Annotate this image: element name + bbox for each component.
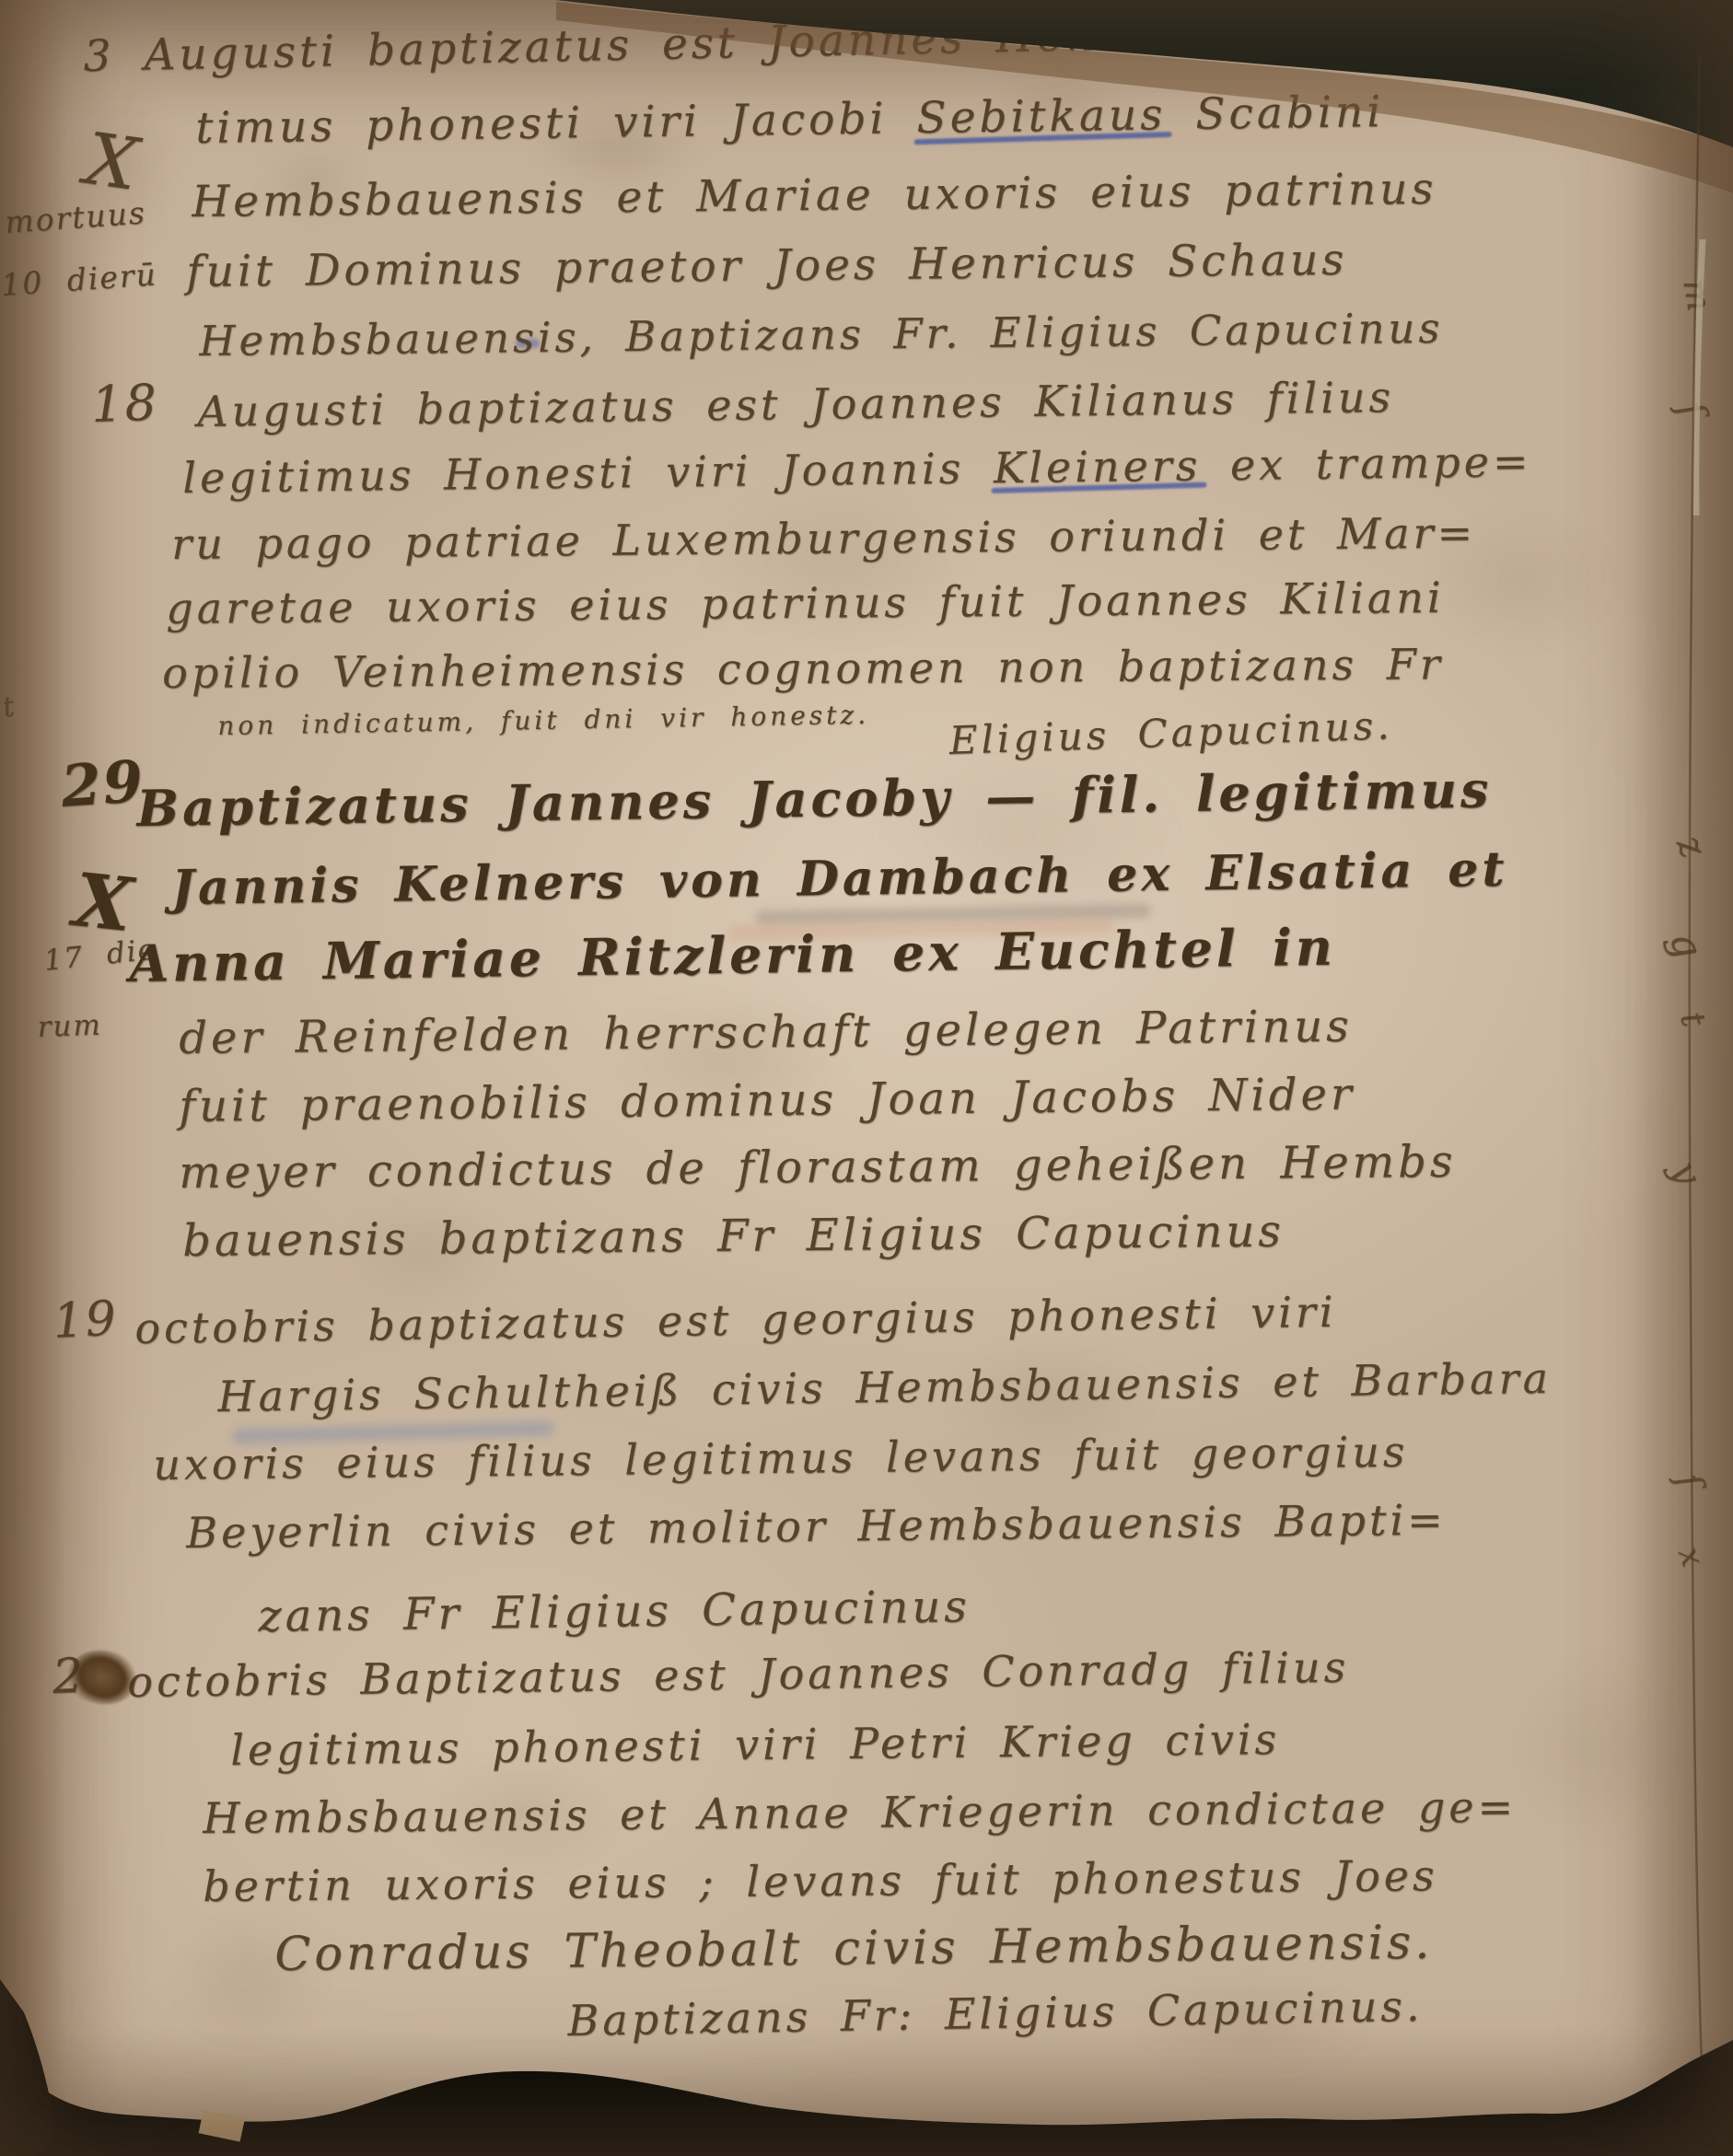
manuscript-line: non indicatum, fuit dni vir honestz. — [217, 700, 869, 741]
manuscript-line: bauensis baptizans Fr Eligius Capucinus — [182, 1206, 1285, 1267]
margin-note: 29 — [59, 748, 146, 820]
manuscript-line: Jannis Kelners von Dambach ex Elsatia et — [171, 841, 1508, 916]
manuscript-line: octobris baptizatus est georgius phonest… — [134, 1287, 1337, 1353]
manuscript-line: legitimus Honesti viri Joannis Kleiners … — [182, 436, 1532, 503]
manuscript-line: der Reinfelden herrschaft gelegen Patrin… — [179, 1001, 1353, 1064]
manuscript-line: legitimus phonesti viri Petri Krieg civi… — [230, 1714, 1280, 1775]
manuscript-line: Hembsbauensis et Mariae uxoris eius patr… — [192, 164, 1437, 227]
margin-note: 18 — [90, 373, 159, 433]
margin-note: rum — [37, 1009, 102, 1044]
ink-fragment: g — [1661, 925, 1712, 964]
manuscript-line: bertin uxoris eius ; levans fuit phonest… — [203, 1850, 1438, 1911]
margin-note: X — [80, 118, 144, 207]
manuscript-line: timus phonesti viri Jacobi Sebitkaus Sca… — [195, 87, 1385, 154]
ink-fragment: t — [0, 690, 17, 724]
manuscript-line: uxoris eius filius legitimus levans fuit… — [153, 1427, 1409, 1489]
handwriting-layer: 3 Augusti baptizatus est Joannes Henricu… — [0, 0, 1733, 2156]
line-text: timus phonesti viri Jacobi — [195, 93, 917, 154]
ink-fragment: ſt — [1668, 97, 1714, 133]
ink-fragment: m — [1676, 276, 1718, 314]
manuscript-line: 3 Augusti baptizatus est Joannes Henricu… — [83, 2, 1470, 82]
margin-note: 19 — [52, 1291, 119, 1350]
ink-fragment: t — [1672, 1008, 1712, 1031]
manuscript-line: fuit praenobilis dominus Joan Jacobs Nid… — [179, 1069, 1355, 1132]
margin-note: X — [70, 856, 138, 948]
ink-fragment: ſ — [1669, 396, 1714, 423]
line-text: Scabini — [1166, 87, 1385, 140]
ink-fragment: z — [1668, 829, 1715, 864]
manuscript-line: Hargis Schultheiß civis Hembsbauensis et… — [217, 1353, 1552, 1421]
manuscript-line: octobris Baptizatus est Joannes Conradg … — [127, 1642, 1349, 1707]
margin-note: 10 dierū — [0, 256, 158, 303]
manuscript-line: Augusti baptizatus est Joannes Kilianus … — [197, 372, 1394, 436]
manuscript-line: garetae uxoris eius patrinus fuit Joanne… — [166, 573, 1445, 633]
manuscript-line: Eligius Capucinus. — [948, 702, 1393, 763]
manuscript-line: zans Fr Eligius Capucinus — [258, 1581, 971, 1642]
manuscript-line: meyer condictus de florastam geheißen He… — [179, 1136, 1457, 1199]
manuscript-line: opilio Veinheimensis cognomen non baptiz… — [162, 639, 1444, 698]
manuscript-line: Beyerlin civis et molitor Hembsbauensis … — [186, 1495, 1447, 1558]
manuscript-line: Hembsbauensis, Baptizans Fr. Eligius Cap… — [199, 304, 1444, 365]
line-text: legitimus Honesti viri Joannis — [182, 443, 994, 503]
ink-fragment: ſ — [1669, 1468, 1711, 1493]
manuscript-page: 3 Augusti baptizatus est Joannes Henricu… — [0, 0, 1733, 2156]
ink-fragment: y — [1662, 1155, 1709, 1190]
manuscript-line: Anna Mariae Ritzlerin ex Euchtel in — [129, 917, 1336, 993]
manuscript-line: Conradus Theobalt civis Hembsbauensis. — [274, 1916, 1434, 1982]
manuscript-line: Baptizans Fr: Eligius Capucinus. — [567, 1981, 1424, 2046]
manuscript-line: ru pago patriae Luxemburgensis oriundi e… — [171, 508, 1476, 569]
line-text: ex trampe= — [1201, 436, 1532, 490]
blue-underlined-surname: Sebitkaus — [916, 89, 1167, 144]
manuscript-line: Baptizatus Jannes Jacoby — fil. legitimu… — [136, 759, 1493, 838]
blue-underlined-surname: Kleiners — [994, 440, 1202, 493]
ink-fragment: x — [1670, 1542, 1711, 1571]
manuscript-line: fuit Dominus praetor Joes Henricus Schau… — [186, 235, 1348, 297]
margin-note: mortuus — [4, 194, 147, 240]
manuscript-line: Hembsbauensis et Annae Kriegerin condict… — [203, 1782, 1517, 1843]
